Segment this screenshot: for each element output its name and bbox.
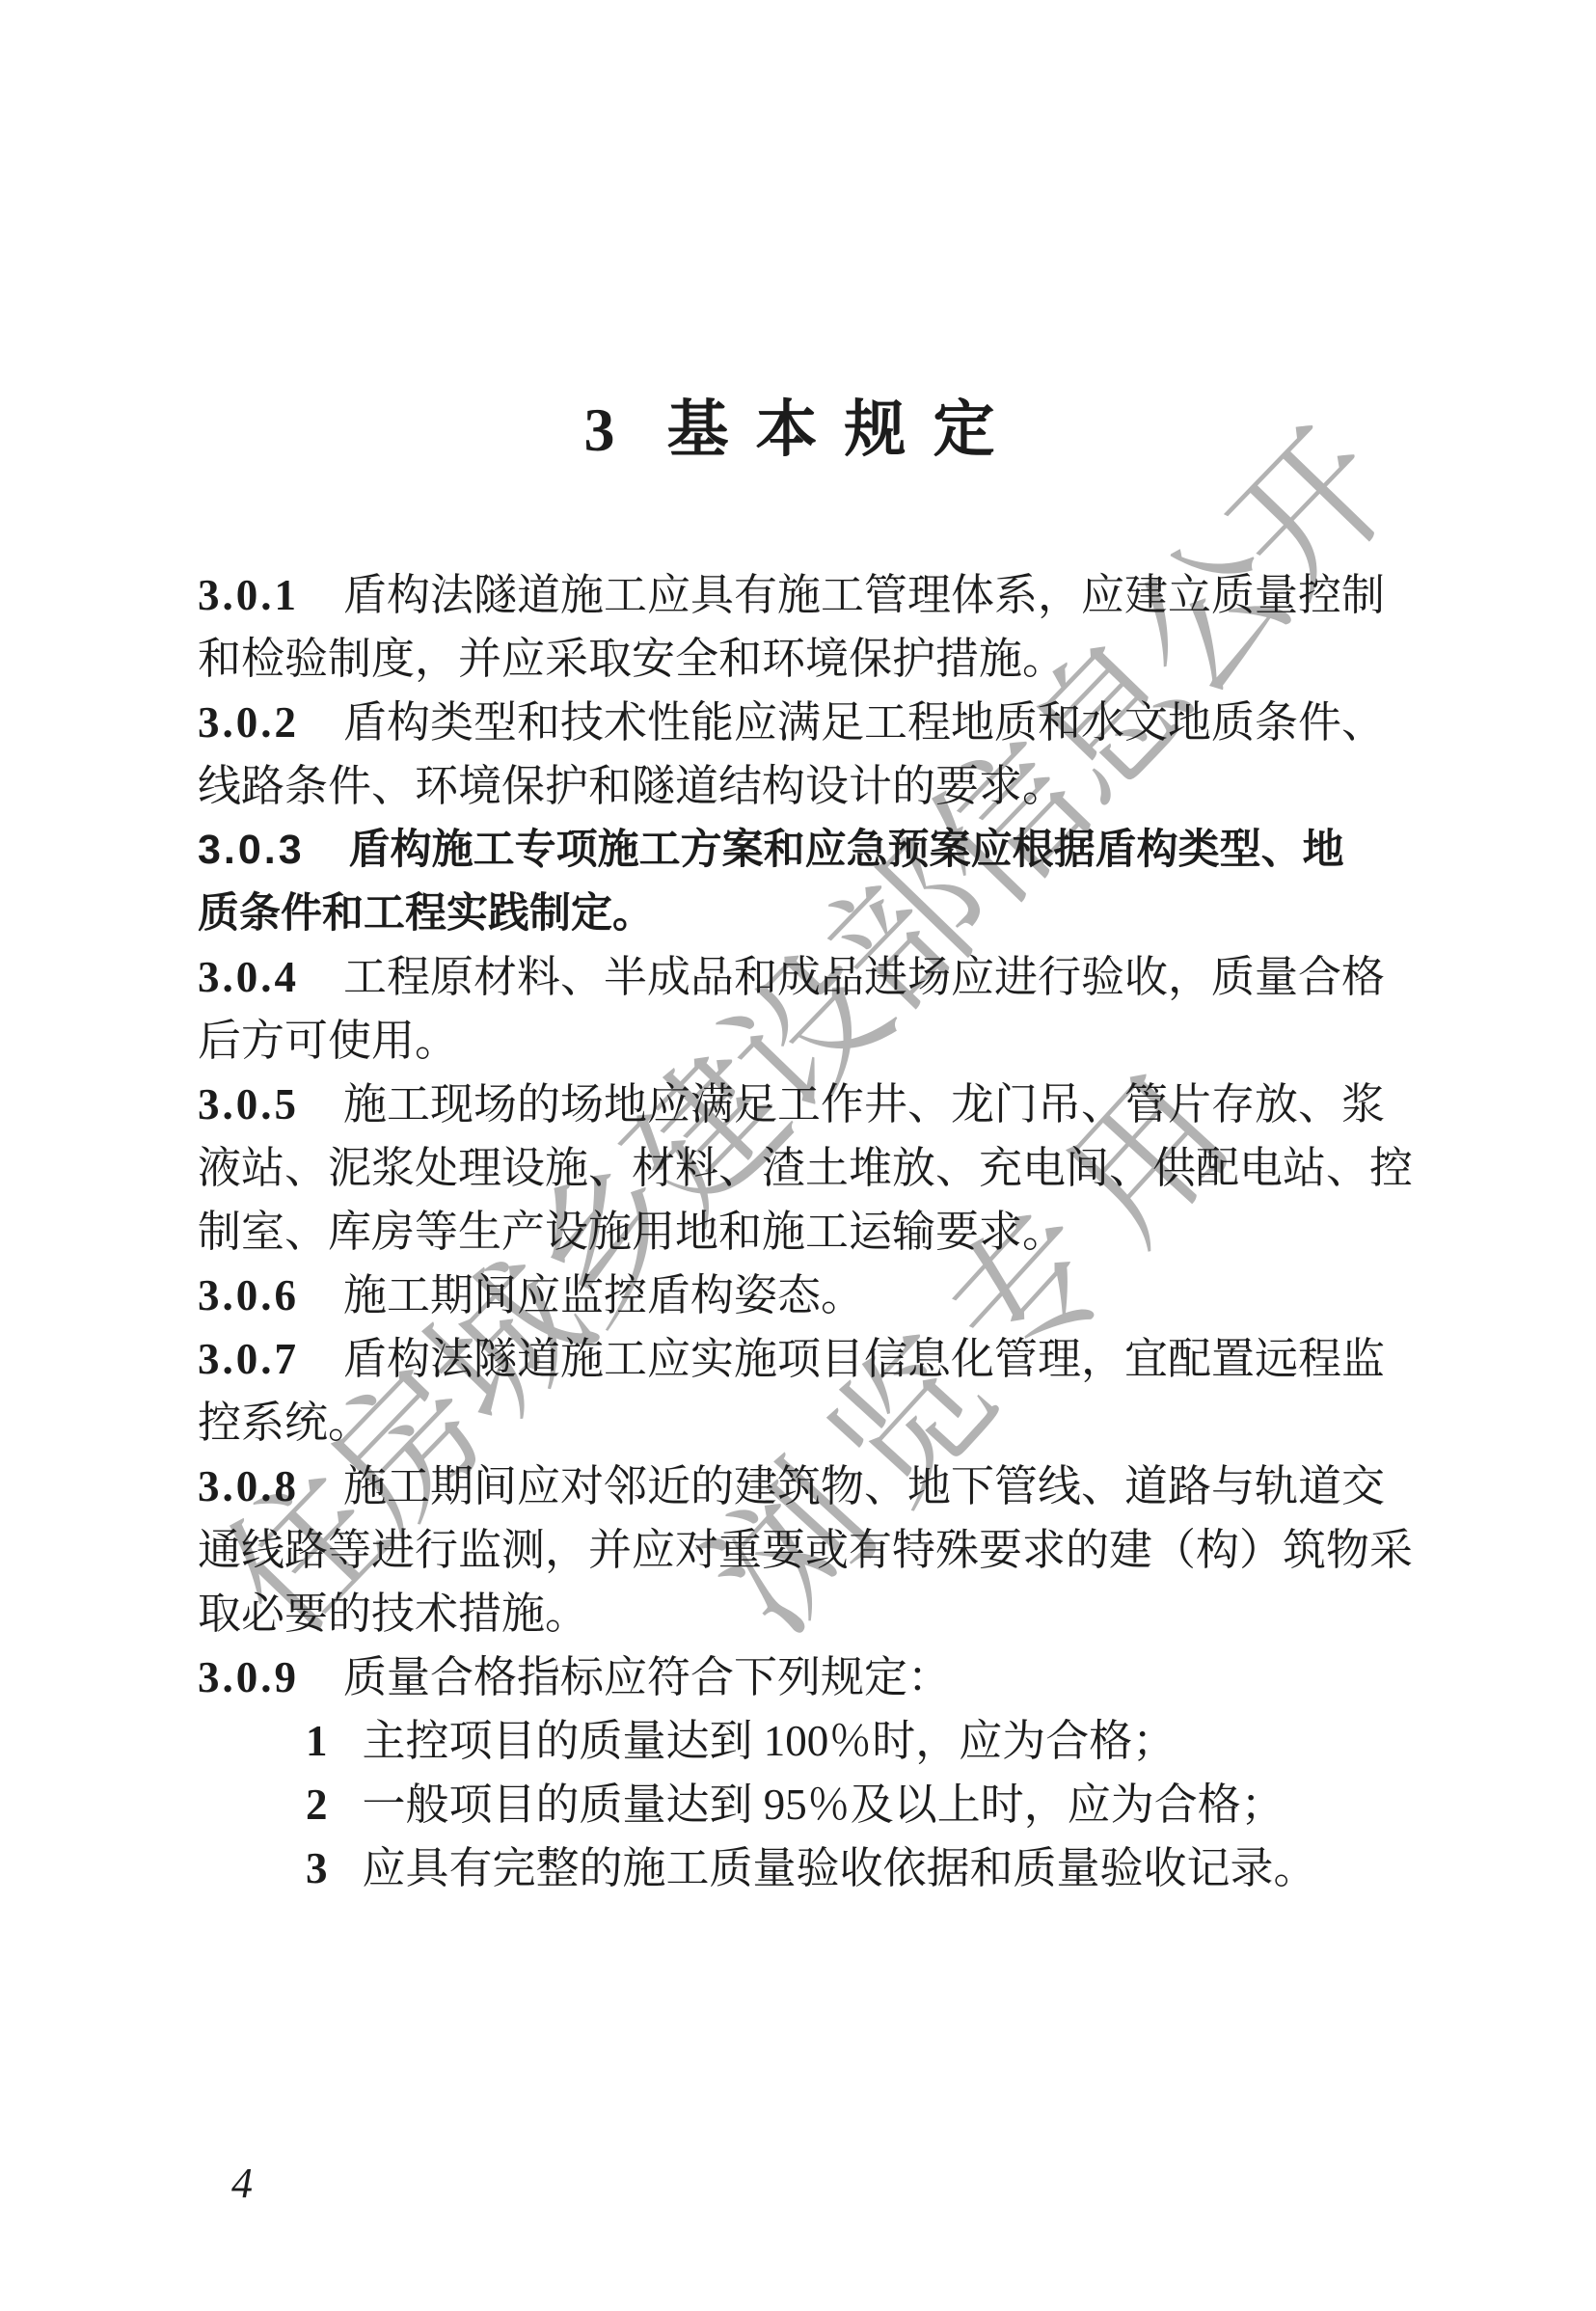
clause-number: 3.0.7 [198, 1335, 299, 1383]
clause-text: 取必要的技术措施。 [198, 1590, 588, 1638]
clause-text: 盾构类型和技术性能应满足工程地质和水文地质条件、 [343, 698, 1385, 747]
clause-number: 3 [306, 1844, 328, 1892]
clause-line-3.0.5: 3.0.5施工现场的场地应满足工作井、龙门吊、管片存放、浆 [198, 1073, 1408, 1136]
clause-text: 施工期间应对邻近的建筑物、地下管线、道路与轨道交 [343, 1462, 1385, 1510]
clause-line: 通线路等进行监测，并应对重要或有特殊要求的建（构）筑物采 [198, 1518, 1408, 1582]
clause-text: 盾构施工专项施工方案和应急预案应根据盾构类型、地 [349, 827, 1344, 873]
chapter-title: 3基本规定 [198, 399, 1408, 461]
clause-number: 3.0.5 [198, 1080, 299, 1128]
clause-line-1: 1主控项目的质量达到 100％时，应为合格； [198, 1709, 1408, 1773]
clause-text: 液站、泥浆处理设施、材料、渣土堆放、充电间、供配电站、控 [198, 1144, 1413, 1192]
clause-text: 施工现场的场地应满足工作井、龙门吊、管片存放、浆 [343, 1080, 1385, 1128]
page-number: 4 [231, 2161, 253, 2207]
clause-lines: 3.0.1盾构法隧道施工应具有施工管理体系，应建立质量控制和检验制度，并应采取安… [198, 563, 1408, 1900]
clause-line: 液站、泥浆处理设施、材料、渣土堆放、充电间、供配电站、控 [198, 1136, 1408, 1200]
clause-text: 控系统。 [198, 1399, 371, 1447]
clause-text: 工程原材料、半成品和成品进场应进行验收，质量合格 [343, 953, 1385, 1001]
clause-line-3.0.8: 3.0.8施工期间应对邻近的建筑物、地下管线、道路与轨道交 [198, 1455, 1408, 1518]
clause-text: 和检验制度，并应采取安全和环境保护措施。 [198, 635, 1066, 683]
clause-number: 3.0.3 [198, 827, 305, 873]
clause-line: 控系统。 [198, 1391, 1408, 1455]
clause-text: 后方可使用。 [198, 1017, 458, 1065]
clause-number: 3.0.6 [198, 1271, 299, 1319]
clause-line-3.0.6: 3.0.6施工期间应监控盾构姿态。 [198, 1264, 1408, 1327]
clause-text: 质条件和工程实践制定。 [198, 890, 654, 937]
clause-text: 通线路等进行监测，并应对重要或有特殊要求的建（构）筑物采 [198, 1526, 1413, 1574]
clause-line: 质条件和工程实践制定。 [198, 882, 1408, 945]
clause-line: 取必要的技术措施。 [198, 1582, 1408, 1645]
clause-number: 3.0.8 [198, 1462, 299, 1510]
clause-number: 3.0.4 [198, 953, 299, 1001]
clause-text: 质量合格指标应符合下列规定： [343, 1653, 951, 1701]
clause-text: 线路条件、环境保护和隧道结构设计的要求。 [198, 762, 1066, 810]
clause-number: 3.0.2 [198, 698, 299, 747]
clause-line-3.0.4: 3.0.4工程原材料、半成品和成品进场应进行验收，质量合格 [198, 945, 1408, 1009]
clause-line-3.0.9: 3.0.9质量合格指标应符合下列规定： [198, 1645, 1408, 1709]
clause-line-3: 3应具有完整的施工质量验收依据和质量验收记录。 [198, 1836, 1408, 1900]
clause-number: 3.0.9 [198, 1653, 299, 1701]
clause-line-2: 2一般项目的质量达到 95％及以上时，应为合格； [198, 1773, 1408, 1836]
chapter-name: 基本规定 [667, 395, 1022, 464]
clause-text: 应具有完整的施工质量验收依据和质量验收记录。 [363, 1844, 1317, 1892]
clause-line: 线路条件、环境保护和隧道结构设计的要求。 [198, 754, 1408, 818]
clause-text: 一般项目的质量达到 95％及以上时，应为合格； [363, 1781, 1285, 1829]
clause-number: 3.0.1 [198, 571, 299, 619]
clause-line: 制室、库房等生产设施用地和施工运输要求。 [198, 1200, 1408, 1264]
clause-text: 盾构法隧道施工应具有施工管理体系，应建立质量控制 [343, 571, 1385, 619]
clause-line-3.0.2: 3.0.2盾构类型和技术性能应满足工程地质和水文地质条件、 [198, 691, 1408, 754]
clause-text: 施工期间应监控盾构姿态。 [343, 1271, 864, 1319]
clause-line: 后方可使用。 [198, 1009, 1408, 1073]
clause-text: 主控项目的质量达到 100％时，应为合格； [363, 1717, 1177, 1765]
clause-line-3.0.7: 3.0.7盾构法隧道施工应实施项目信息化管理，宜配置远程监 [198, 1327, 1408, 1391]
clause-text: 制室、库房等生产设施用地和施工运输要求。 [198, 1208, 1066, 1256]
clause-number: 2 [306, 1781, 328, 1829]
clause-number: 1 [306, 1717, 328, 1765]
clause-line-3.0.3: 3.0.3盾构施工专项施工方案和应急预案应根据盾构类型、地 [198, 818, 1408, 882]
clause-line: 和检验制度，并应采取安全和环境保护措施。 [198, 627, 1408, 691]
clause-text: 盾构法隧道施工应实施项目信息化管理，宜配置远程监 [343, 1335, 1385, 1383]
clause-line-3.0.1: 3.0.1盾构法隧道施工应具有施工管理体系，应建立质量控制 [198, 563, 1408, 627]
document-page: 住房城乡建设部信息公开 浏览专用 3基本规定 3.0.1盾构法隧道施工应具有施工… [0, 0, 1596, 2311]
chapter-number: 3 [584, 395, 615, 464]
